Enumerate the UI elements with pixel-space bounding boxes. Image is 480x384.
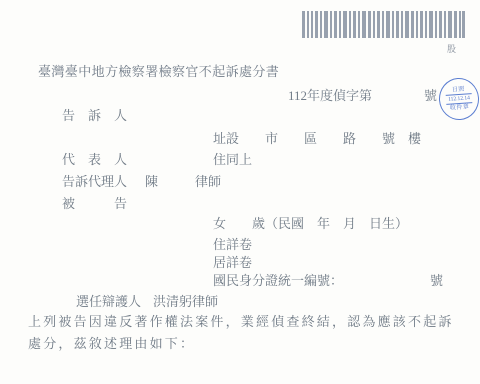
defendant-residence-line2: 居詳卷 bbox=[213, 255, 252, 271]
agent-title: 律師 bbox=[195, 174, 221, 190]
body-paragraph-line2: 處分，茲敘述理由如下： bbox=[28, 336, 195, 352]
defense-counsel-name: 洪清躬律師 bbox=[153, 294, 218, 310]
defendant-profile: 女 歲（民國 年 月 日生） bbox=[213, 216, 408, 232]
complainant-agent-label: 告訴代理人 bbox=[62, 174, 127, 190]
case-number-prefix: 112年度偵字第 bbox=[288, 88, 372, 104]
complainant-label: 告 訴 人 bbox=[62, 108, 127, 124]
representative-address: 住同上 bbox=[213, 152, 252, 168]
body-paragraph-line1: 上列被告因違反著作權法案件，業經偵查終結，認為應該不起訴 bbox=[28, 314, 454, 330]
defendant-label: 被 告 bbox=[62, 196, 127, 212]
agent-surname: 陳 bbox=[145, 174, 158, 190]
defendant-residence-line1: 住詳卷 bbox=[213, 237, 252, 253]
case-number-suffix: 號 bbox=[424, 88, 437, 104]
document-page: 股 臺灣臺中地方檢察署檢察官不起訴處分書 112年度偵字第 號 日照 112.1… bbox=[0, 0, 480, 384]
complainant-address: 址設 市 區 路 號 樓 bbox=[213, 131, 421, 147]
document-title: 臺灣臺中地方檢察署檢察官不起訴處分書 bbox=[38, 64, 279, 80]
representative-label: 代 表 人 bbox=[62, 152, 127, 168]
stamp-bottom-text: 收件章 bbox=[450, 103, 470, 112]
barcode bbox=[302, 11, 465, 38]
national-id-label: 國民身分證統一編號： bbox=[213, 273, 343, 289]
assignment-unit-label: 股 bbox=[447, 41, 456, 57]
defense-counsel-label: 選任辯護人 bbox=[76, 294, 141, 310]
receipt-stamp: 日照 112.12.14 收件章 bbox=[438, 77, 480, 122]
national-id-suffix: 號 bbox=[430, 273, 443, 289]
